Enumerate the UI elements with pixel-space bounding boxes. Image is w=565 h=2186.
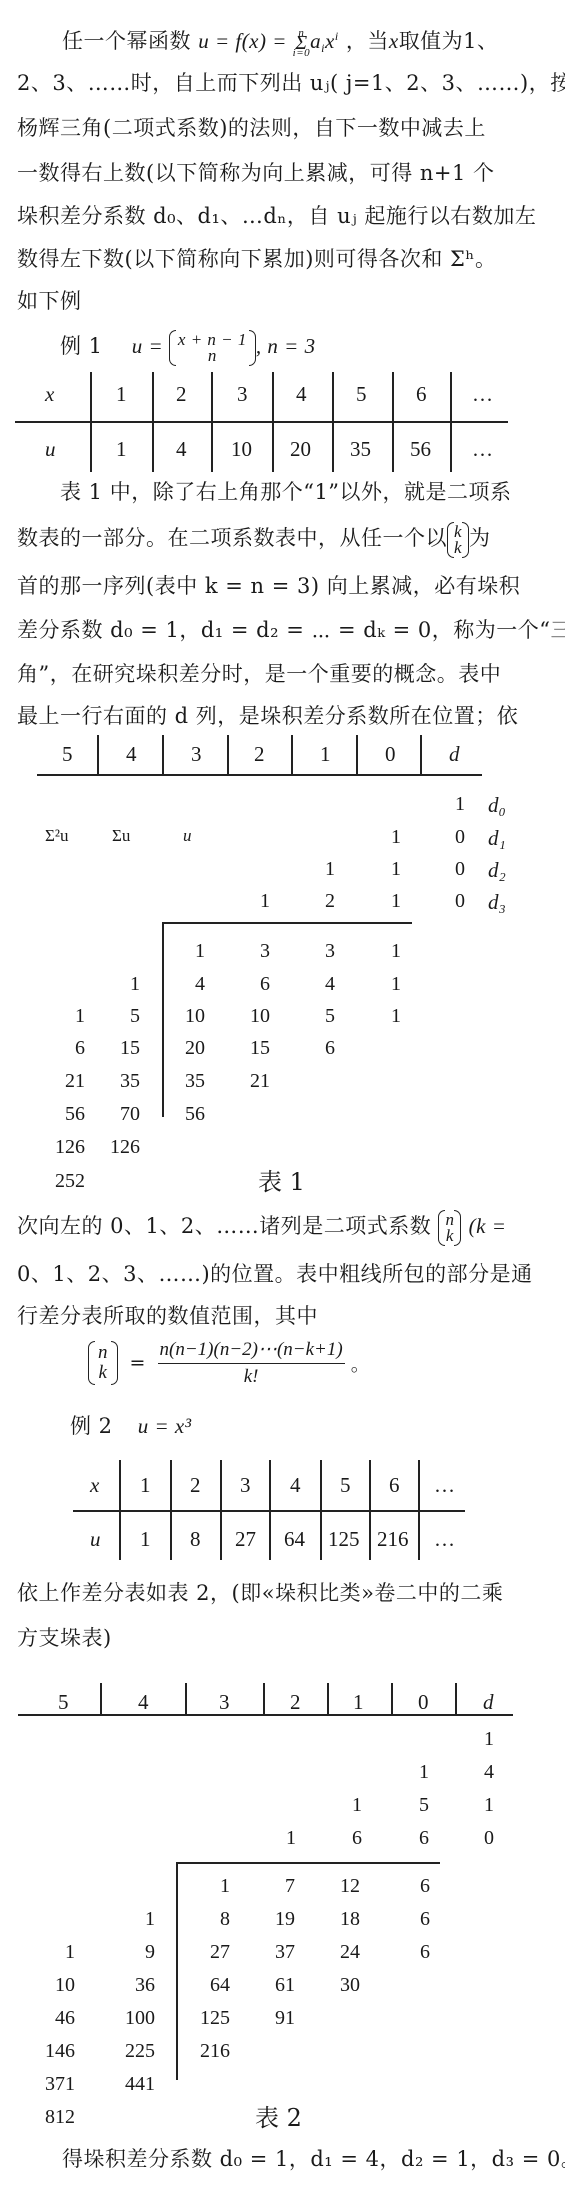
table-2-caption: 表 2 [255, 2098, 302, 2133]
intro-line-1: 任一个幂函数 u = f(x) = nΣi=0aixi ，当x取值为1、 [62, 20, 499, 65]
intro-line-6: 数得左下数(以下简称向下累加)则可得各次和 Σʰ。 [17, 243, 497, 276]
table-1-caption: 表 1 [258, 1162, 305, 1197]
intro-line-3: 杨辉三角(二项式系数)的法则，自下一数中减去上 [17, 112, 486, 145]
para2-line-6: 最上一行右面的 d 列，是垛积差分系数所在位置；依 [17, 700, 518, 733]
intro-line-7: 如下例 [17, 285, 82, 318]
para3-line-2: 0、1、2、3、……)的位置。表中粗线所包的部分是通 [17, 1258, 533, 1291]
intro-line-5: 垛积差分系数 d₀、d₁、…dₙ，自 uⱼ 起施行以右数加左 [17, 200, 536, 233]
para4-line-2: 方支垛表) [17, 1622, 112, 1655]
para2-line-5: 角”，在研究垛积差分时，是一个重要的概念。表中 [17, 658, 501, 691]
example-label: 例 1 [60, 334, 103, 358]
example-1-formula: u = x + n − 1n, n = 3 [132, 334, 316, 358]
intro-text: 任一个幂函数 [62, 29, 191, 53]
binomial-n-k: nk [438, 1212, 461, 1244]
intro-line-4: 一数得右上数(以下简称为向上累减，可得 n+1 个 [17, 157, 495, 190]
example-2-heading: 例 2 u = x³ [70, 1410, 192, 1443]
binomial-formula: nk = n(n−1)(n−2)⋯(n−k+1) k! 。 [88, 1338, 370, 1388]
para3-line-1: 次向左的 0、1、2、……诸列是二项式系数 nk (k = [17, 1210, 506, 1244]
para4-line-1: 依上作差分表如表 2，(即«垛积比类»卷二中的二乘 [17, 1577, 503, 1610]
para2-line-3: 首的那一序列(表中 k = n = 3) 向上累减，必有垛积 [17, 570, 520, 603]
power-function-formula: u = f(x) = nΣi=0aixi [198, 29, 338, 53]
para3-line-3: 行差分表所取的数值范围，其中 [17, 1300, 318, 1333]
para2-line-4: 差分系数 d₀ = 1，d₁ = d₂ = ⋯ = dₖ = 0，称为一个“三 [17, 614, 565, 647]
para2-line-1: 表 1 中，除了右上角那个“1”以外，就是二项系 [60, 476, 512, 509]
intro-line-2: 2、3、……时，自上而下列出 uⱼ( j=1、2、3、……)，按 [17, 67, 565, 100]
para2-line-2: 数表的一部分。在二项系数表中，从任一个以kk为 [17, 522, 491, 556]
example-1-heading: 例 1 u = x + n − 1n, n = 3 [60, 330, 316, 364]
conclusion-line: 得垛积差分系数 d₀ = 1，d₁ = 4，d₂ = 1，d₃ = 0。 [62, 2143, 565, 2176]
